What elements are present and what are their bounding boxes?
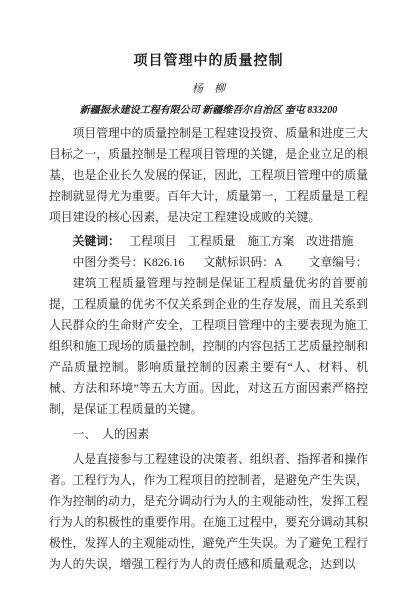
doc-code-label: 文献标识码：	[203, 255, 274, 269]
doc-code-value: A	[274, 255, 283, 269]
clc-value: K826.16	[143, 255, 184, 269]
page-title: 项目管理中的质量控制	[49, 52, 368, 71]
keywords-line: 关键词：工程项目 工程质量 施工方案 改进措施	[49, 231, 368, 252]
keywords-text: 工程项目 工程质量 施工方案 改进措施	[129, 234, 353, 248]
article-no-label: 文章编号：	[309, 255, 368, 269]
abstract-paragraph: 项目管理中的质量控制是工程建设投资、质量和进度三大目标之一，质量控制是工程项目管…	[49, 123, 368, 228]
section-1-heading: 一、 人的因素	[49, 424, 368, 445]
section-1-paragraph: 人是直接参与工程建设的决策者、组织者、指挥者和操作者。工程行为人，作为工程项目的…	[49, 449, 368, 575]
intro-paragraph: 建筑工程质量管理与控制是保证工程质量优劣的首要前提，工程质量的优劣不仅关系到企业…	[49, 273, 368, 420]
author-affiliation: 新疆振永建设工程有限公司 新疆维吾尔自治区 奎屯 833200	[49, 104, 368, 117]
document-page: 项目管理中的质量控制 杨 柳 新疆振永建设工程有限公司 新疆维吾尔自治区 奎屯 …	[0, 0, 417, 590]
clc-label: 中图分类号：	[73, 255, 144, 269]
keywords-label: 关键词：	[73, 234, 120, 248]
author-name: 杨 柳	[49, 82, 368, 96]
classification-line: 中图分类号：K826.16文献标识码：A文章编号：	[49, 252, 368, 273]
